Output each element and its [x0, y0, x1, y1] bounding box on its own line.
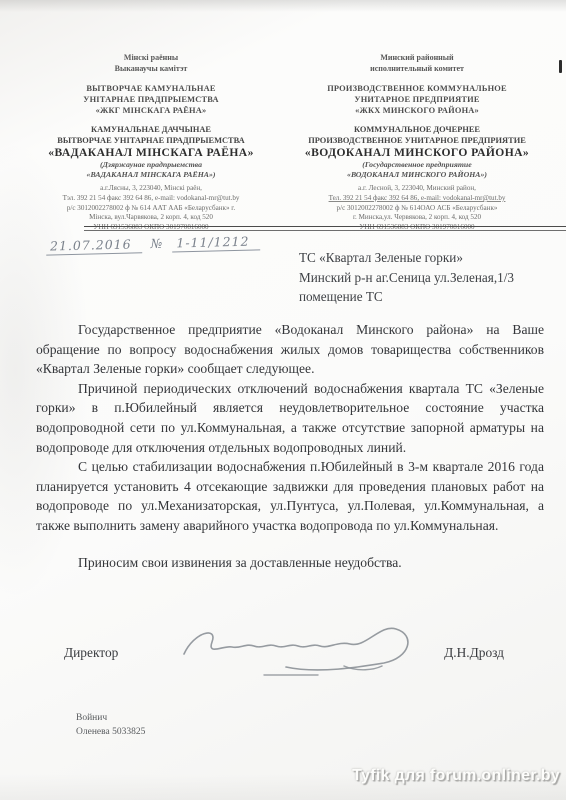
committee-line: Мінскі раённы — [26, 52, 276, 63]
scan-artifact-mark — [559, 60, 562, 73]
org-name: «ВОДОКАНАЛ МИНСКОГО РАЙОНА» — [276, 146, 558, 160]
committee-line: исполнительный комитет — [276, 63, 558, 74]
address-line: р/с 3012002278002 ф № 614ОАО АСБ «Белару… — [276, 204, 558, 214]
address-line: Мінска, вул.Чарвякова, 2 корп. 4, код 52… — [26, 213, 276, 223]
committee-line: Минский районный — [276, 52, 558, 63]
address-line: Тел. 392 21 54 факс 392 64 86, e-mail: v… — [276, 194, 558, 204]
reference-line: 21.07.2016 № 1-11/1212 — [46, 233, 260, 253]
recipient-line: помещение ТС — [299, 287, 514, 307]
signature-row: Директор Д.Н.Дрозд — [64, 645, 504, 661]
parent-org-line: ПРОИЗВОДСТВЕННОЕ КОММУНАЛЬНОЕ — [276, 83, 558, 94]
org-line: КАМУНАЛЬНАЕ ДАЧЧЫНАЕ — [26, 124, 276, 135]
parent-org-line: ВЫТВОРЧАЕ КАМУНАЛЬНАЕ — [26, 83, 276, 94]
handwritten-date: 21.07.2016 — [46, 236, 142, 255]
scan-shadow-top — [0, 0, 566, 12]
executor-block: Войнич Оленева 5033825 — [76, 712, 145, 739]
org-alt-line: «ВОДОКАНАЛ МИНСКОГО РАЙОНА») — [276, 170, 558, 180]
address-line: р/с 3012002278002 ф № 614 ААТ ААБ «Белар… — [26, 204, 276, 214]
address-line: г. Минска,ул. Червякова, 2 корп. 4, код … — [276, 213, 558, 223]
signature-ink — [168, 608, 428, 680]
org-line: ВЫТВОРЧАЕ УНІТАРНАЕ ПРАДПРЫЕМСТВА — [26, 135, 276, 146]
org-alt-line: «ВАДАКАНАЛ МІНСКАГА РАЁНА») — [26, 170, 276, 180]
recipient-block: ТС «Квартал Зеленые горки» Минский р-н а… — [299, 248, 514, 307]
handwritten-number: 1-11/1212 — [172, 233, 259, 252]
letterhead-divider — [84, 226, 566, 231]
watermark-text: Tyfik для forum.onliner.by — [352, 767, 560, 785]
letterhead-russian: Минский районный исполнительный комитет … — [276, 52, 558, 233]
parent-org-line: УНІТАРНАЕ ПРАДПРЫЕМСТВА — [26, 94, 276, 105]
letter-body: Государственное предприятие «Водоканал М… — [36, 320, 544, 572]
signature-scribble — [168, 608, 428, 680]
letterhead-belarusian: Мінскі раённы Выканаучы камітэт ВЫТВОРЧА… — [26, 52, 276, 233]
recipient-line: Минский р-н аг.Сеница ул.Зеленая,1/3 — [299, 268, 514, 288]
org-line: КОММУНАЛЬНОЕ ДОЧЕРНЕЕ — [276, 124, 558, 135]
address-line: а.г.Лясны, 3, 223040, Мінскі раён, — [26, 184, 276, 194]
paragraph: Причиной периодических отключений водосн… — [36, 379, 544, 457]
letterhead: Мінскі раённы Выканаучы камітэт ВЫТВОРЧА… — [26, 52, 558, 233]
executor-line: Оленева 5033825 — [76, 726, 145, 740]
paragraph: Государственное предприятие «Водоканал М… — [36, 320, 544, 379]
address-line: Тэл. 392 21 54 факс 392 64 86, e-mail: v… — [26, 194, 276, 204]
paragraph: С целью стабилизации водоснабжения п.Юби… — [36, 457, 544, 535]
signature-name: Д.Н.Дрозд — [444, 645, 504, 661]
org-name: «ВАДАКАНАЛ МІНСКАГА РАЁНА» — [26, 146, 276, 160]
parent-org-line: «ЖКГ МІНСКАГА РАЁНА» — [26, 105, 276, 116]
org-alt-line: (Дзяржаунае прадпрыемства — [26, 160, 276, 170]
org-line: ПРОИЗВОДСТВЕННОЕ УНИТАРНОЕ ПРЕДПРИЯТИЕ — [276, 135, 558, 146]
parent-org-line: «ЖКХ МИНСКОГО РАЙОНА» — [276, 105, 558, 116]
org-alt-line: (Государственное предприятие — [276, 160, 558, 170]
committee-line: Выканаучы камітэт — [26, 63, 276, 74]
scanned-letter-page: Мінскі раённы Выканаучы камітэт ВЫТВОРЧА… — [0, 0, 566, 800]
parent-org-line: УНИТАРНОЕ ПРЕДПРИЯТИЕ — [276, 94, 558, 105]
address-line: а.г. Лесной, 3, 223040, Минский район, — [276, 184, 558, 194]
executor-line: Войнич — [76, 712, 145, 726]
recipient-line: ТС «Квартал Зеленые горки» — [299, 248, 514, 268]
signature-title: Директор — [64, 645, 118, 661]
number-sign: № — [150, 236, 163, 251]
closing-paragraph: Приносим свои извинения за доставленные … — [36, 553, 544, 573]
